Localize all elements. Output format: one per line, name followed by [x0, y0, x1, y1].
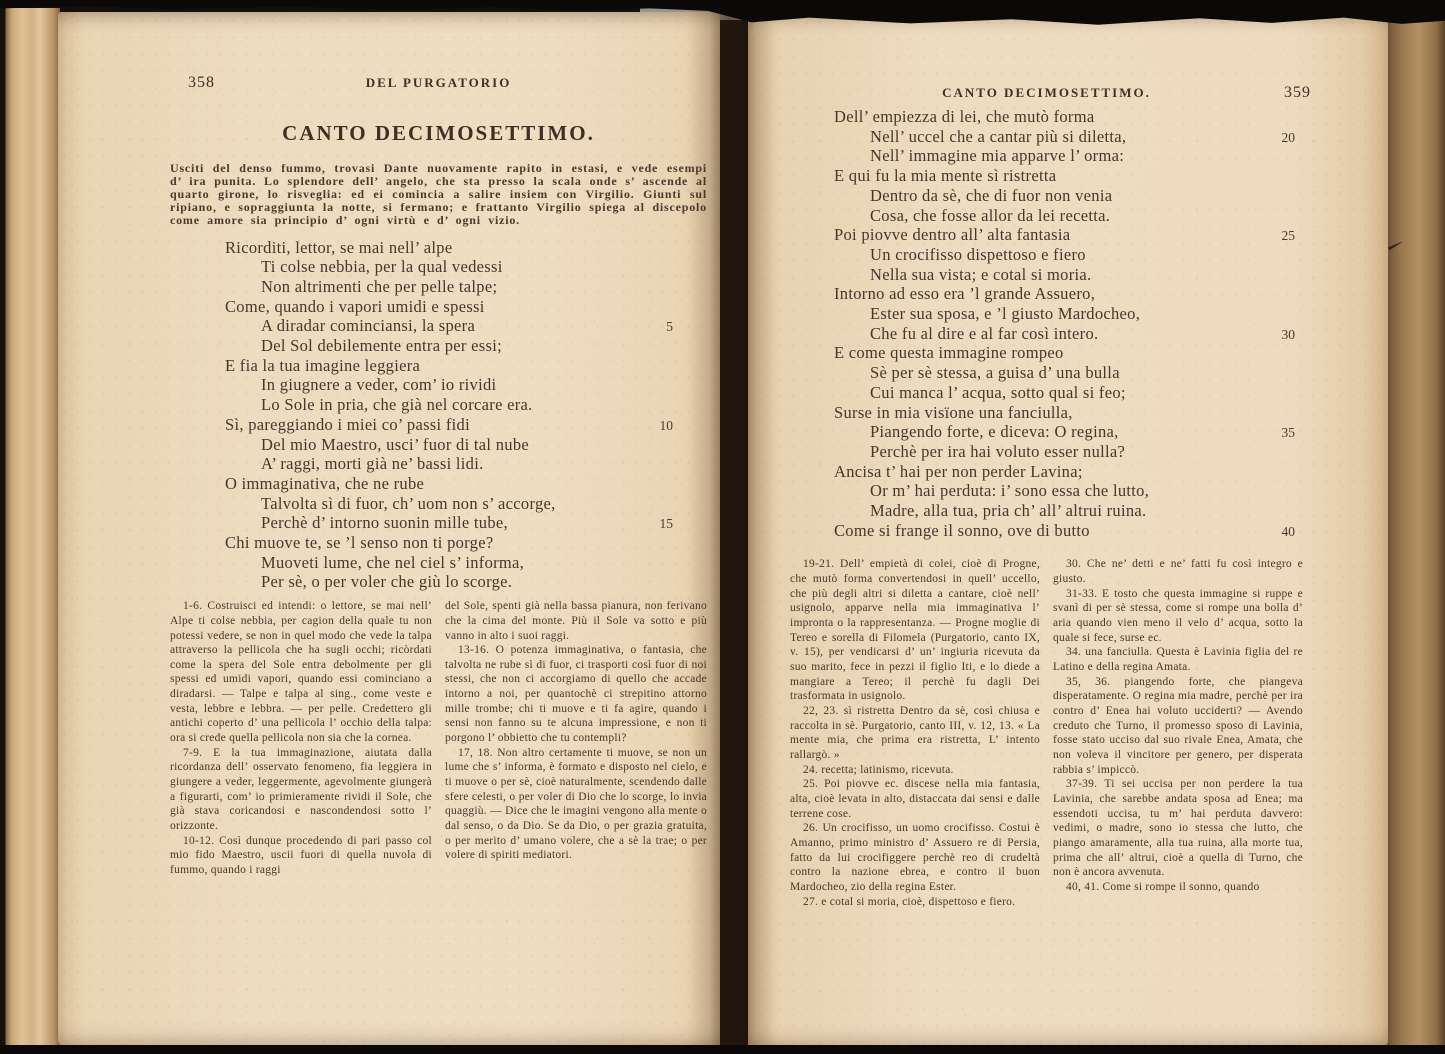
- verse-line: A’ raggi, morti già ne’ bassi lidi.: [225, 454, 707, 474]
- page-left: 358 DEL PURGATORIO CANTO DECIMOSETTIMO. …: [58, 12, 720, 1046]
- verse-line: A diradar cominciansi, la spera 5: [225, 316, 707, 336]
- verse-line: Sì, pareggiando i miei co’ passi fidi 10: [225, 415, 707, 435]
- chapter-title: CANTO DECIMOSETTIMO.: [170, 121, 707, 146]
- page-number-left: 358: [188, 74, 215, 91]
- verse-line: Dentro da sè, che di fuor non venia: [834, 186, 1303, 206]
- verse-block-left: Ricorditi, lettor, se mai nell’ alpe Ti …: [225, 238, 707, 593]
- verse-text: Perchè per ira hai voluto esser nulla?: [870, 442, 1125, 461]
- footnotes-right: 19-21. Dell’ empietà di colei, cioè di P…: [790, 557, 1303, 909]
- canto-argument: Usciti del denso fummo, trovasi Dante nu…: [170, 162, 707, 227]
- verse-line: E come questa immagine rompeo: [834, 343, 1303, 363]
- verse-line: Perchè d’ intorno suonin mille tube, 15: [225, 513, 707, 533]
- verse-line: Nell’ uccel che a cantar più si diletta,…: [834, 127, 1303, 147]
- verse-text: Nell’ immagine mia apparve l’ orma:: [870, 146, 1124, 165]
- verse-text: Come si frange il sonno, ove di butto: [834, 521, 1090, 540]
- verse-text: O immaginativa, che ne rube: [225, 474, 424, 493]
- footnote: 27. e cotal si moria, cioè, dispettoso e…: [790, 895, 1040, 910]
- verse-line: Che fu al dire e al far così intero. 30: [834, 324, 1303, 344]
- verse-number: 5: [666, 317, 673, 337]
- verse-text: Che fu al dire e al far così intero.: [870, 324, 1098, 343]
- verse-line: In giugnere a veder, com’ io rividi: [225, 375, 707, 395]
- verse-line: E qui fu la mia mente sì ristretta: [834, 166, 1303, 186]
- verse-line: Ancisa t’ hai per non perder Lavina;: [834, 462, 1303, 482]
- verse-text: Del Sol debilemente entra per essi;: [261, 336, 502, 355]
- verse-text: Or m’ hai perduta: i’ sono essa che lutt…: [870, 481, 1149, 500]
- verse-line: Surse in mia visïone una fanciulla,: [834, 403, 1303, 423]
- verse-line: Nell’ immagine mia apparve l’ orma:: [834, 146, 1303, 166]
- verse-line: Un crocifisso dispettoso e fiero: [834, 245, 1303, 265]
- verse-line: Sè per sè stessa, a guisa d’ una bulla: [834, 363, 1303, 383]
- verse-text: Ti colse nebbia, per la qual vedessi: [261, 257, 503, 276]
- verse-text: Nell’ uccel che a cantar più si diletta,: [870, 127, 1126, 146]
- verse-text: Muoveti lume, che nel ciel s’ informa,: [261, 553, 524, 572]
- book-cover-right: [1387, 0, 1445, 1054]
- verse-text: Poi piovve dentro all’ alta fantasia: [834, 225, 1070, 244]
- verse-line: Nella sua vista; e cotal si moria.: [834, 265, 1303, 285]
- verse-line: Muoveti lume, che nel ciel s’ informa,: [225, 553, 707, 573]
- verse-line: Madre, alla tua, pria ch’ all’ altrui ru…: [834, 501, 1303, 521]
- footnote: 40, 41. Come si rompe il sonno, quando: [1053, 880, 1303, 895]
- verse-number: 15: [660, 514, 674, 534]
- verse-line: Piangendo forte, e diceva: O regina, 35: [834, 422, 1303, 442]
- footnote: 31-33. E tosto che questa immagine si ru…: [1053, 587, 1303, 646]
- verse-text: Un crocifisso dispettoso e fiero: [870, 245, 1086, 264]
- footnote: del Sole, spenti già nella bassa pianura…: [445, 599, 707, 643]
- page-number-right: 359: [1284, 84, 1311, 101]
- verse-line: Chi muove te, se ’l senso non ti porge?: [225, 533, 707, 553]
- verse-number: 30: [1282, 325, 1296, 345]
- verse-line: Cui manca l’ acqua, sotto qual si feo;: [834, 383, 1303, 403]
- running-header-left: DEL PURGATORIO: [366, 75, 512, 90]
- verse-line: Ti colse nebbia, per la qual vedessi: [225, 257, 707, 277]
- footnote: 1-6. Costruisci ed intendi: o lettore, s…: [170, 599, 432, 746]
- book-bottom-edge: [0, 1045, 1445, 1054]
- footnotes-right-col2: 30. Che ne’ detti e ne’ fatti fu così in…: [1053, 557, 1303, 909]
- verse-text: Chi muove te, se ’l senso non ti porge?: [225, 533, 493, 552]
- footnote: 37-39. Ti sei uccisa per non perdere la …: [1053, 777, 1303, 880]
- verse-line: Intorno ad esso era ’l grande Assuero,: [834, 284, 1303, 304]
- verse-line: Ester sua sposa, e ’l giusto Mardocheo,: [834, 304, 1303, 324]
- verse-line: Come, quando i vapori umidi e spessi: [225, 297, 707, 317]
- verse-text: Per sè, o per voler che giù lo scorge.: [261, 572, 512, 591]
- verse-text: Dell’ empiezza di lei, che mutò forma: [834, 107, 1094, 126]
- footnotes-left-col2: del Sole, spenti già nella bassa pianura…: [445, 599, 707, 877]
- page-header-left: 358 DEL PURGATORIO: [170, 74, 707, 91]
- footnote: 26. Un crocifisso, un uomo crocifisso. C…: [790, 821, 1040, 894]
- verse-number: 10: [660, 416, 674, 436]
- footnotes-left: 1-6. Costruisci ed intendi: o lettore, s…: [170, 599, 707, 877]
- verse-line: Ricorditi, lettor, se mai nell’ alpe: [225, 238, 707, 258]
- verse-text: Surse in mia visïone una fanciulla,: [834, 403, 1073, 422]
- footnote: 35, 36. piangendo forte, che piangeva di…: [1053, 675, 1303, 778]
- verse-text: Cui manca l’ acqua, sotto qual si feo;: [870, 383, 1126, 402]
- verse-line: Perchè per ira hai voluto esser nulla?: [834, 442, 1303, 462]
- verse-line: Cosa, che fosse allor da lei recetta.: [834, 206, 1303, 226]
- verse-line: Del mio Maestro, usci’ fuor di tal nube: [225, 435, 707, 455]
- footnote: 25. Poi piovve ec. discese nella mia fan…: [790, 777, 1040, 821]
- verse-text: Sè per sè stessa, a guisa d’ una bulla: [870, 363, 1120, 382]
- verse-line: Talvolta sì di fuor, ch’ uom non s’ acco…: [225, 494, 707, 514]
- verse-text: Lo Sole in pria, che già nel corcare era…: [261, 395, 533, 414]
- footnote: 22, 23. sì ristretta Dentro da sè, così …: [790, 704, 1040, 763]
- verse-line: Come si frange il sonno, ove di butto 40: [834, 521, 1303, 541]
- verse-number: 40: [1282, 522, 1296, 542]
- verse-text: E come questa immagine rompeo: [834, 343, 1064, 362]
- verse-number: 20: [1282, 128, 1296, 148]
- footnote: 10-12. Così dunque procedendo di pari pa…: [170, 834, 432, 878]
- page-header-right: CANTO DECIMOSETTIMO. 359: [790, 84, 1303, 101]
- verse-line: E fia la tua imagine leggiera: [225, 356, 707, 376]
- verse-line: Or m’ hai perduta: i’ sono essa che lutt…: [834, 481, 1303, 501]
- verse-line: Del Sol debilemente entra per essi;: [225, 336, 707, 356]
- verse-text: E fia la tua imagine leggiera: [225, 356, 420, 375]
- verse-text: Intorno ad esso era ’l grande Assuero,: [834, 284, 1095, 303]
- verse-line: Non altrimenti che per pelle talpe;: [225, 277, 707, 297]
- footnotes-left-col1: 1-6. Costruisci ed intendi: o lettore, s…: [170, 599, 432, 877]
- footnote: 24. recetta; latinismo, ricevuta.: [790, 763, 1040, 778]
- verse-text: Ancisa t’ hai per non perder Lavina;: [834, 462, 1083, 481]
- verse-text: Non altrimenti che per pelle talpe;: [261, 277, 497, 296]
- verse-text: Talvolta sì di fuor, ch’ uom non s’ acco…: [261, 494, 556, 513]
- verse-text: Del mio Maestro, usci’ fuor di tal nube: [261, 435, 529, 454]
- verse-text: A diradar cominciansi, la spera: [261, 316, 475, 335]
- footnotes-right-col1: 19-21. Dell’ empietà di colei, cioè di P…: [790, 557, 1040, 909]
- verse-text: E qui fu la mia mente sì ristretta: [834, 166, 1056, 185]
- footnote: 17, 18. Non altro certamente ti muove, s…: [445, 746, 707, 863]
- verse-number: 25: [1282, 226, 1296, 246]
- verse-text: A’ raggi, morti già ne’ bassi lidi.: [261, 454, 484, 473]
- verse-line: Poi piovve dentro all’ alta fantasia 25: [834, 225, 1303, 245]
- verse-text: Dentro da sè, che di fuor non venia: [870, 186, 1112, 205]
- footnote: 7-9. E la tua immaginazione, aiutata dal…: [170, 746, 432, 834]
- verse-line: Per sè, o per voler che giù lo scorge.: [225, 572, 707, 592]
- verse-number: 35: [1282, 423, 1296, 443]
- verse-text: Come, quando i vapori umidi e spessi: [225, 297, 485, 316]
- footnote: 30. Che ne’ detti e ne’ fatti fu così in…: [1053, 557, 1303, 586]
- verse-text: Madre, alla tua, pria ch’ all’ altrui ru…: [870, 501, 1146, 520]
- verse-block-right: Dell’ empiezza di lei, che mutò forma Ne…: [834, 107, 1303, 540]
- verse-text: Perchè d’ intorno suonin mille tube,: [261, 513, 508, 532]
- verse-text: Piangendo forte, e diceva: O regina,: [870, 422, 1119, 441]
- footnote: 34. una fanciulla. Questa è Lavinia figl…: [1053, 645, 1303, 674]
- verse-text: Cosa, che fosse allor da lei recetta.: [870, 206, 1110, 225]
- verse-line: O immaginativa, che ne rube: [225, 474, 707, 494]
- running-header-right: CANTO DECIMOSETTIMO.: [942, 85, 1151, 100]
- verse-line: Lo Sole in pria, che già nel corcare era…: [225, 395, 707, 415]
- page-right: CANTO DECIMOSETTIMO. 359 Dell’ empiezza …: [748, 14, 1388, 1047]
- footnote: 13-16. O potenza immaginativa, o fantasi…: [445, 643, 707, 746]
- verse-text: Ester sua sposa, e ’l giusto Mardocheo,: [870, 304, 1140, 323]
- book-page-edge-stack: [0, 8, 60, 1048]
- verse-text: Nella sua vista; e cotal si moria.: [870, 265, 1091, 284]
- verse-text: Ricorditi, lettor, se mai nell’ alpe: [225, 238, 452, 257]
- verse-line: Dell’ empiezza di lei, che mutò forma: [834, 107, 1303, 127]
- footnote: 19-21. Dell’ empietà di colei, cioè di P…: [790, 557, 1040, 704]
- verse-text: In giugnere a veder, com’ io rividi: [261, 375, 496, 394]
- verse-text: Sì, pareggiando i miei co’ passi fidi: [225, 415, 470, 434]
